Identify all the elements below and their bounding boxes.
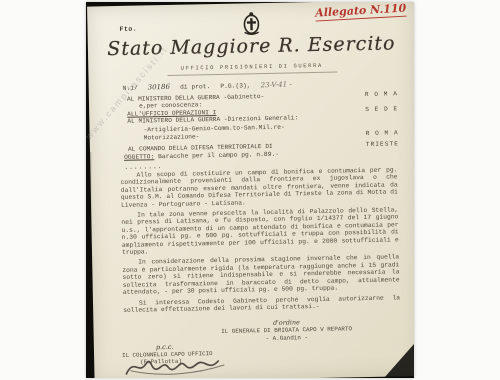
protocol-code: P.G.(3), (220, 82, 250, 90)
protocol-mid: di prot. (180, 83, 210, 91)
signature-block: d'ordine IL GENERALE DI BRIGATA CAPO V R… (180, 316, 392, 344)
subject-text: Baracche per il campo pg. n.89.- (158, 151, 279, 160)
letterhead-title: Stato Maggiore R. Esercito (88, 32, 414, 61)
recipient-to: Motorizzazione- (128, 133, 200, 142)
protocol-line: N.1/ 30186 di prot. P.G.(3), 23-V-41 - (123, 78, 396, 91)
paragraph-1: Allo scopo di costituire un campo di bon… (120, 166, 398, 209)
handwritten-signature (120, 352, 241, 378)
recipient-city: R O M A (365, 90, 398, 98)
scanned-photo: www.campifascisti.it Fto. Allegato N.110… (86, 2, 414, 378)
paragraph-4: Si interessa Codesto Gabinetto perché vo… (123, 294, 400, 314)
protocol-number-handwritten: 30186 (148, 83, 171, 92)
paragraph-3: In considerazione della prossima stagion… (122, 254, 400, 297)
photo-edge-shadow (86, 152, 92, 378)
document-paper: www.campifascisti.it Fto. Allegato N.110… (87, 2, 414, 378)
letter-body: Allo scopo di costituire un campo di bon… (120, 166, 400, 317)
red-annotation-allegato: Allegato N.110 (315, 2, 407, 22)
protocol-date-handwritten: 23-V-41 - (260, 80, 291, 89)
royal-crest-icon (240, 11, 262, 35)
recipient-city: R O M A (366, 129, 399, 137)
fto-note: Fto. (119, 26, 137, 33)
recipient-block: AL MINISTERO DELLA GUERRA -Gabinetto- R … (127, 90, 399, 153)
letterhead-rule (167, 72, 337, 76)
paragraph-2: In tale zona venne prescelta la località… (121, 206, 399, 256)
recipient-city: S E D E (365, 105, 398, 113)
separator-dots: ........ (124, 163, 162, 171)
subject-label: OGGETTO: (124, 153, 154, 161)
recipient-city: TRIESTE (366, 140, 399, 148)
photo-corner-shadow (384, 344, 414, 378)
